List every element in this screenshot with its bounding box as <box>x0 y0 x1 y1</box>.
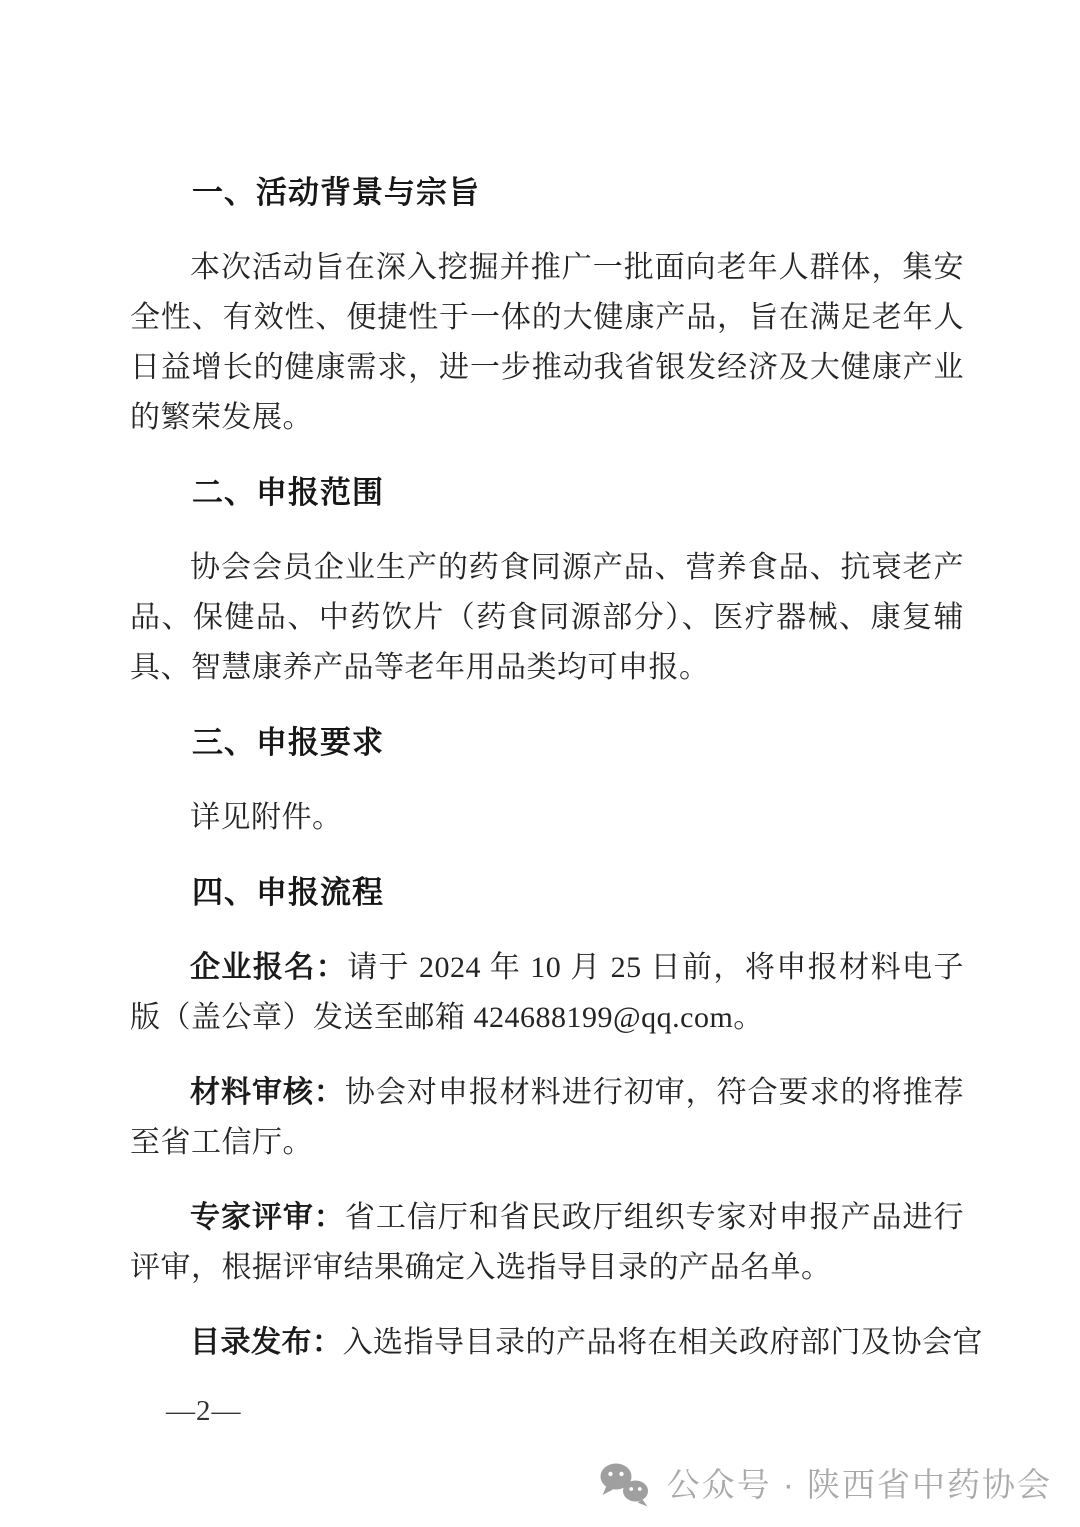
section-heading-process: 四、申报流程 <box>130 868 964 918</box>
step-lead-expert: 专家评审： <box>190 1201 345 1234</box>
paragraph-step-publish: 目录发布：入选指导目录的产品将在相关政府部门及协会官 <box>130 1318 964 1368</box>
step-lead-publish: 目录发布： <box>190 1326 343 1359</box>
paragraph-background: 本次活动旨在深入挖掘并推广一批面向老年人群体，集安全性、有效性、便捷性于一体的大… <box>130 243 964 443</box>
document-body: 一、活动背景与宗旨 本次活动旨在深入挖掘并推广一批面向老年人群体，集安全性、有效… <box>0 0 1080 1429</box>
scanned-document-page: 一、活动背景与宗旨 本次活动旨在深入挖掘并推广一批面向老年人群体，集安全性、有效… <box>0 0 1080 1527</box>
page-number: —2— <box>130 1393 964 1429</box>
section-heading-scope: 二、申报范围 <box>130 468 964 518</box>
paragraph-step-review: 材料审核：协会对申报材料进行初审，符合要求的将推荐至省工信厅。 <box>130 1068 964 1168</box>
section-heading-background: 一、活动背景与宗旨 <box>130 168 964 218</box>
step-text-publish: 入选指导目录的产品将在相关政府部门及协会官 <box>343 1326 984 1359</box>
official-account-label: 公众号 · 陕西省中药协会 <box>667 1462 1052 1508</box>
paragraph-step-signup: 企业报名：请于 2024 年 10 月 25 日前，将申报材料电子版（盖公章）发… <box>130 943 964 1043</box>
paragraph-scope: 协会会员企业生产的药食同源产品、营养食品、抗衰老产品、保健品、中药饮片（药食同源… <box>130 543 964 693</box>
section-heading-requirements: 三、申报要求 <box>130 718 964 768</box>
step-lead-signup: 企业报名： <box>190 951 347 984</box>
paragraph-requirements: 详见附件。 <box>130 793 964 843</box>
paragraph-step-expert: 专家评审：省工信厅和省民政厅组织专家对申报产品进行评审，根据评审结果确定入选指导… <box>130 1193 964 1293</box>
step-lead-review: 材料审核： <box>190 1076 345 1109</box>
official-account-watermark: 公众号 · 陕西省中药协会 <box>597 1461 1052 1509</box>
wechat-icon <box>597 1461 653 1509</box>
